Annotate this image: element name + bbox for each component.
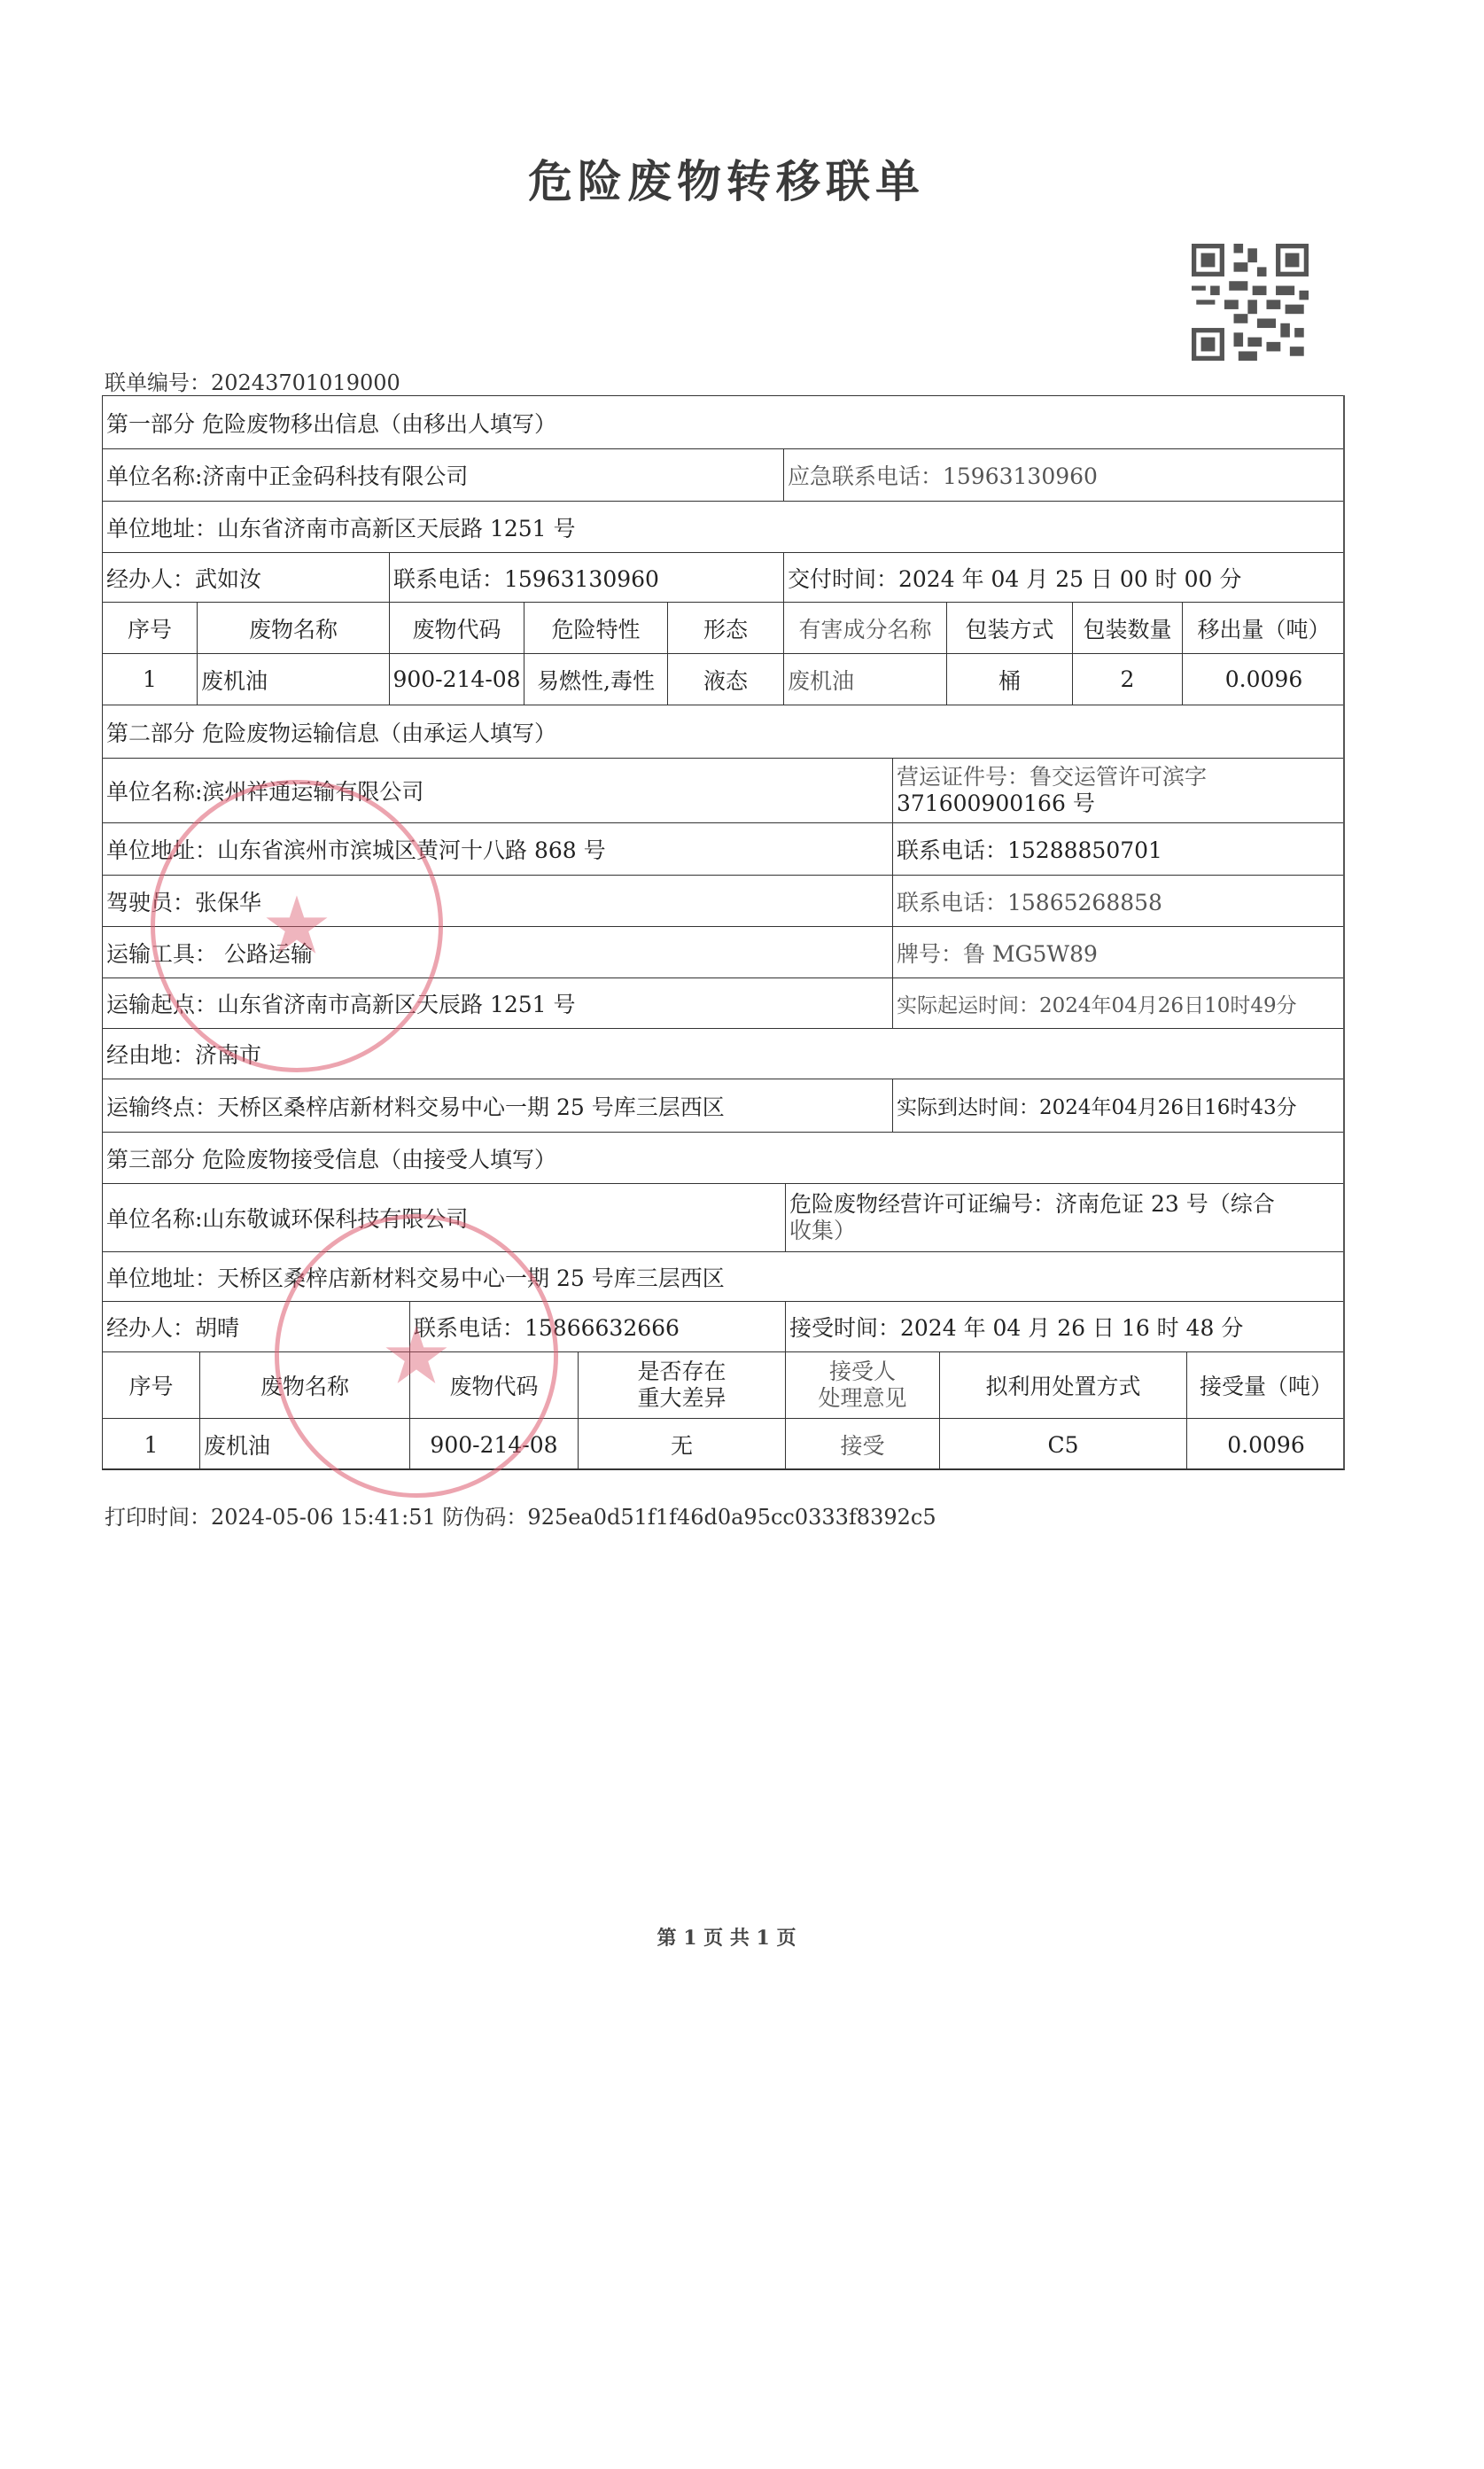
part1-unit-address: 单位地址：山东省济南市高新区天辰路 1251 号: [102, 501, 1345, 552]
part3-col-opinion-line1: 接受人: [829, 1359, 896, 1385]
part2-license: 营运证件号：鲁交运管许可滨字 371600900166 号: [892, 758, 1345, 822]
part3-col-receiver-opinion: 接受人 处理意见: [785, 1351, 939, 1418]
part1-col-seq: 序号: [102, 602, 197, 653]
part3-permit: 危险废物经营许可证编号：济南危证 23 号（综合 收集）: [785, 1183, 1345, 1251]
part3-row-disposal-method: C5: [939, 1418, 1186, 1470]
part1-row-quantity: 0.0096: [1182, 653, 1345, 705]
part1-col-waste-code: 废物代码: [389, 602, 524, 653]
part1-delivery-time: 交付时间：2024 年 04 月 25 日 00 时 00 分: [783, 552, 1345, 602]
page-indicator: 第 1 页 共 1 页: [0, 1923, 1453, 1951]
part2-unit-name: 单位名称:滨州祥通运输有限公司: [102, 758, 892, 822]
part1-row-waste-name: 废机油: [197, 653, 389, 705]
part1-col-harmful-component: 有害成分名称: [783, 602, 946, 653]
part1-handler: 经办人：武如汝: [102, 552, 389, 602]
qr-code-icon: [1192, 244, 1309, 361]
part1-col-packaging: 包装方式: [946, 602, 1072, 653]
part1-col-form: 形态: [667, 602, 783, 653]
part3-col-disposal-method: 拟利用处置方式: [939, 1351, 1186, 1418]
part1-row-form: 液态: [667, 653, 783, 705]
part3-row-waste-code: 900-214-08: [409, 1418, 578, 1470]
part3-header: 第三部分 危险废物接受信息（由接受人填写）: [102, 1132, 1345, 1183]
part1-emergency-phone: 应急联系电话：15963130960: [783, 448, 1345, 501]
part2-driver-phone: 联系电话：15865268858: [892, 875, 1345, 926]
part1-col-hazard: 危险特性: [524, 602, 667, 653]
part3-row-significant-difference: 无: [578, 1418, 785, 1470]
part1-contact-phone: 联系电话：15963130960: [389, 552, 783, 602]
part2-actual-arrival: 实际到达时间：2024年04月26日16时43分: [892, 1079, 1345, 1132]
part3-contact-phone: 联系电话：15866632666: [409, 1301, 785, 1351]
part2-license-line1: 营运证件号：鲁交运管许可滨字: [897, 764, 1207, 791]
part2-actual-departure: 实际起运时间：2024年04月26日10时49分: [892, 977, 1345, 1028]
part3-permit-line1: 危险废物经营许可证编号：济南危证 23 号（综合: [789, 1191, 1275, 1218]
part3-receive-time: 接受时间：2024 年 04 月 26 日 16 时 48 分: [785, 1301, 1345, 1351]
part1-col-quantity: 移出量（吨）: [1182, 602, 1345, 653]
part2-unit-phone: 联系电话：15288850701: [892, 822, 1345, 875]
part2-header: 第二部分 危险废物运输信息（由承运人填写）: [102, 705, 1345, 758]
part1-row-waste-code: 900-214-08: [389, 653, 524, 705]
part3-row-waste-name: 废机油: [199, 1418, 409, 1470]
part3-row-receiver-opinion: 接受: [785, 1418, 939, 1470]
part2-driver: 驾驶员：张保华: [102, 875, 892, 926]
part3-col-waste-code: 废物代码: [409, 1351, 578, 1418]
part2-origin: 运输起点：山东省济南市高新区天辰路 1251 号: [102, 977, 892, 1028]
part2-destination: 运输终点：天桥区桑梓店新材料交易中心一期 25 号库三层西区: [102, 1079, 892, 1132]
document-title: 危险废物转移联单: [0, 146, 1453, 210]
part3-col-received-quantity: 接受量（吨）: [1186, 1351, 1345, 1418]
part2-license-line2: 371600900166 号: [897, 791, 1095, 817]
part3-row-received-quantity: 0.0096: [1186, 1418, 1345, 1470]
document-number: 联单编号：20243701019000: [105, 365, 400, 396]
part1-row-packaging: 桶: [946, 653, 1072, 705]
part2-via: 经由地：济南市: [102, 1028, 1345, 1079]
part3-unit-name: 单位名称:山东敬诚环保科技有限公司: [102, 1183, 785, 1251]
part1-row-harmful-component: 废机油: [783, 653, 946, 705]
part1-row-seq: 1: [102, 653, 197, 705]
part2-plate: 牌号：鲁 MG5W89: [892, 926, 1345, 977]
part3-col-diff-line1: 是否存在: [637, 1359, 726, 1385]
part1-row-package-count: 2: [1072, 653, 1182, 705]
part3-col-seq: 序号: [102, 1351, 199, 1418]
part3-permit-line2: 收集）: [789, 1218, 856, 1244]
part1-header: 第一部分 危险废物移出信息（由移出人填写）: [102, 395, 1345, 448]
part3-unit-address: 单位地址：天桥区桑梓店新材料交易中心一期 25 号库三层西区: [102, 1251, 1345, 1301]
part1-unit-name: 单位名称:济南中正金码科技有限公司: [102, 448, 783, 501]
part2-vehicle: 运输工具： 公路运输: [102, 926, 892, 977]
print-time-and-security-code: 打印时间：2024-05-06 15:41:51 防伪码：925ea0d51f1…: [105, 1499, 936, 1530]
part3-handler: 经办人：胡晴: [102, 1301, 409, 1351]
part3-col-significant-difference: 是否存在 重大差异: [578, 1351, 785, 1418]
part1-row-hazard: 易燃性,毒性: [524, 653, 667, 705]
part2-unit-address: 单位地址：山东省滨州市滨城区黄河十八路 868 号: [102, 822, 892, 875]
part1-col-waste-name: 废物名称: [197, 602, 389, 653]
part3-col-waste-name: 废物名称: [199, 1351, 409, 1418]
part3-col-opinion-line2: 处理意见: [818, 1385, 906, 1412]
part1-col-package-count: 包装数量: [1072, 602, 1182, 653]
part3-row-seq: 1: [102, 1418, 199, 1470]
part3-col-diff-line2: 重大差异: [637, 1385, 726, 1412]
